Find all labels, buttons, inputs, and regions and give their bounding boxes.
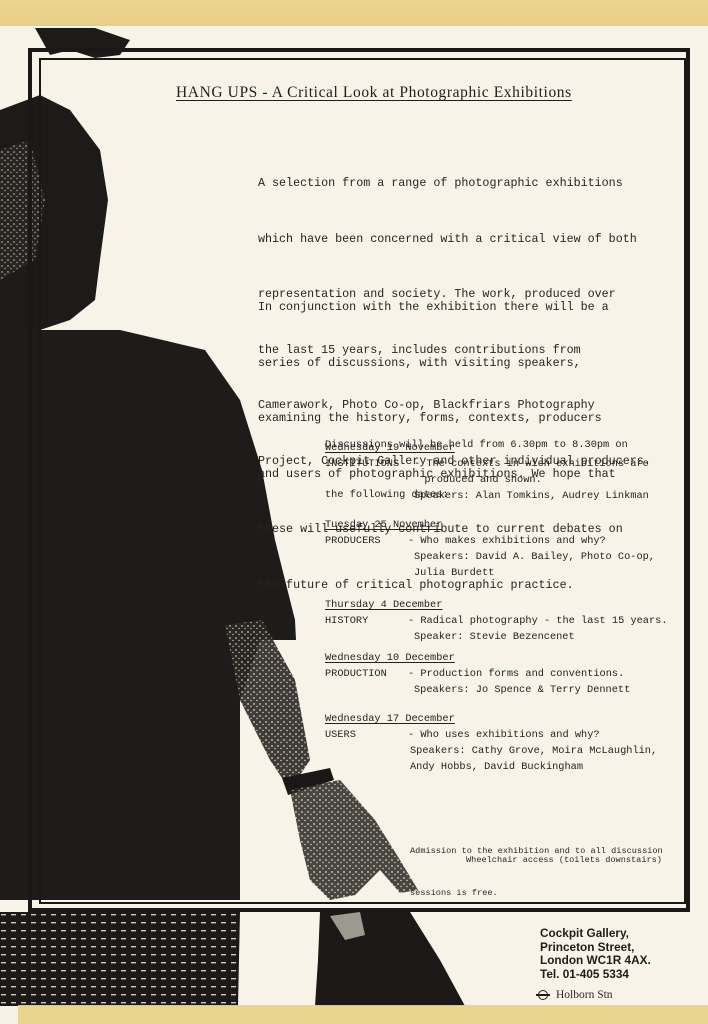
session-category: HISTORY — [325, 613, 408, 629]
paragraph-line: series of discussions, with visiting spe… — [258, 354, 678, 373]
admission-note: Admission to the exhibition and to all d… — [410, 816, 670, 914]
intro-line: which have been concerned with a critica… — [258, 230, 678, 249]
session-description: - The contexts in wich exhibitions are — [414, 456, 649, 472]
london-underground-roundel-icon — [536, 990, 550, 1000]
masking-tape-bottom — [18, 1005, 708, 1024]
session-history: Thursday 4 December HISTORY - Radical ph… — [325, 597, 685, 645]
admission-line: sessions is free. — [410, 886, 670, 900]
session-description: - Production forms and conventions. — [408, 666, 624, 682]
session-description: - Radical photography - the last 15 year… — [408, 613, 668, 629]
session-speakers: Speakers: Alan Tomkins, Audrey Linkman — [325, 488, 685, 504]
session-category: PRODUCTION — [325, 666, 408, 682]
session-production: Wednesday 10 December PRODUCTION - Produ… — [325, 650, 685, 698]
session-description: - Who uses exhibitions and why? — [408, 727, 600, 743]
session-description: - Who makes exhibitions and why? — [408, 533, 606, 549]
nearest-station: Holborn Stn — [536, 989, 613, 1001]
session-users: Wednesday 17 December USERS - Who uses e… — [325, 711, 685, 775]
address-phone: Tel. 01-405 5334 — [540, 968, 651, 982]
session-speakers: Speakers: Cathy Grove, Moira McLaughlin, — [325, 743, 685, 759]
intro-line: A selection from a range of photographic… — [258, 174, 678, 193]
session-institutions: Wednesday 19 November INSTITUTIONS - The… — [325, 440, 685, 504]
session-speakers: Speakers: Jo Spence & Terry Dennett — [325, 682, 685, 698]
session-date: Wednesday 10 December — [325, 650, 685, 666]
address-line: Princeton Street, — [540, 941, 651, 955]
station-label: Holborn Stn — [556, 989, 613, 1001]
session-category: INSTITUTIONS — [325, 456, 414, 472]
session-speakers: Speakers: David A. Bailey, Photo Co-op, — [325, 549, 685, 565]
gallery-address: Cockpit Gallery, Princeton Street, Londo… — [540, 927, 651, 981]
session-speakers-cont: Andy Hobbs, David Buckingham — [325, 759, 685, 775]
session-date: Wednesday 17 December — [325, 711, 685, 727]
session-date: Tuesday 25 November — [325, 517, 685, 533]
paragraph-line: In conjunction with the exhibition there… — [258, 298, 678, 317]
poster-title: HANG UPS - A Critical Look at Photograph… — [176, 84, 572, 102]
address-line: Cockpit Gallery, — [540, 927, 651, 941]
accessibility-note: Wheelchair access (toilets downstairs) — [466, 855, 662, 865]
session-description-cont: produced and shown. — [325, 472, 685, 488]
session-category: PRODUCERS — [325, 533, 408, 549]
address-line: London WC1R 4AX. — [540, 954, 651, 968]
session-category: USERS — [325, 727, 408, 743]
session-speakers: Speaker: Stevie Bezencenet — [325, 629, 685, 645]
session-producers: Tuesday 25 November PRODUCERS - Who make… — [325, 517, 685, 581]
session-date: Wednesday 19 November — [325, 440, 685, 456]
session-date: Thursday 4 December — [325, 597, 685, 613]
session-speakers-cont: Julia Burdett — [325, 565, 685, 581]
